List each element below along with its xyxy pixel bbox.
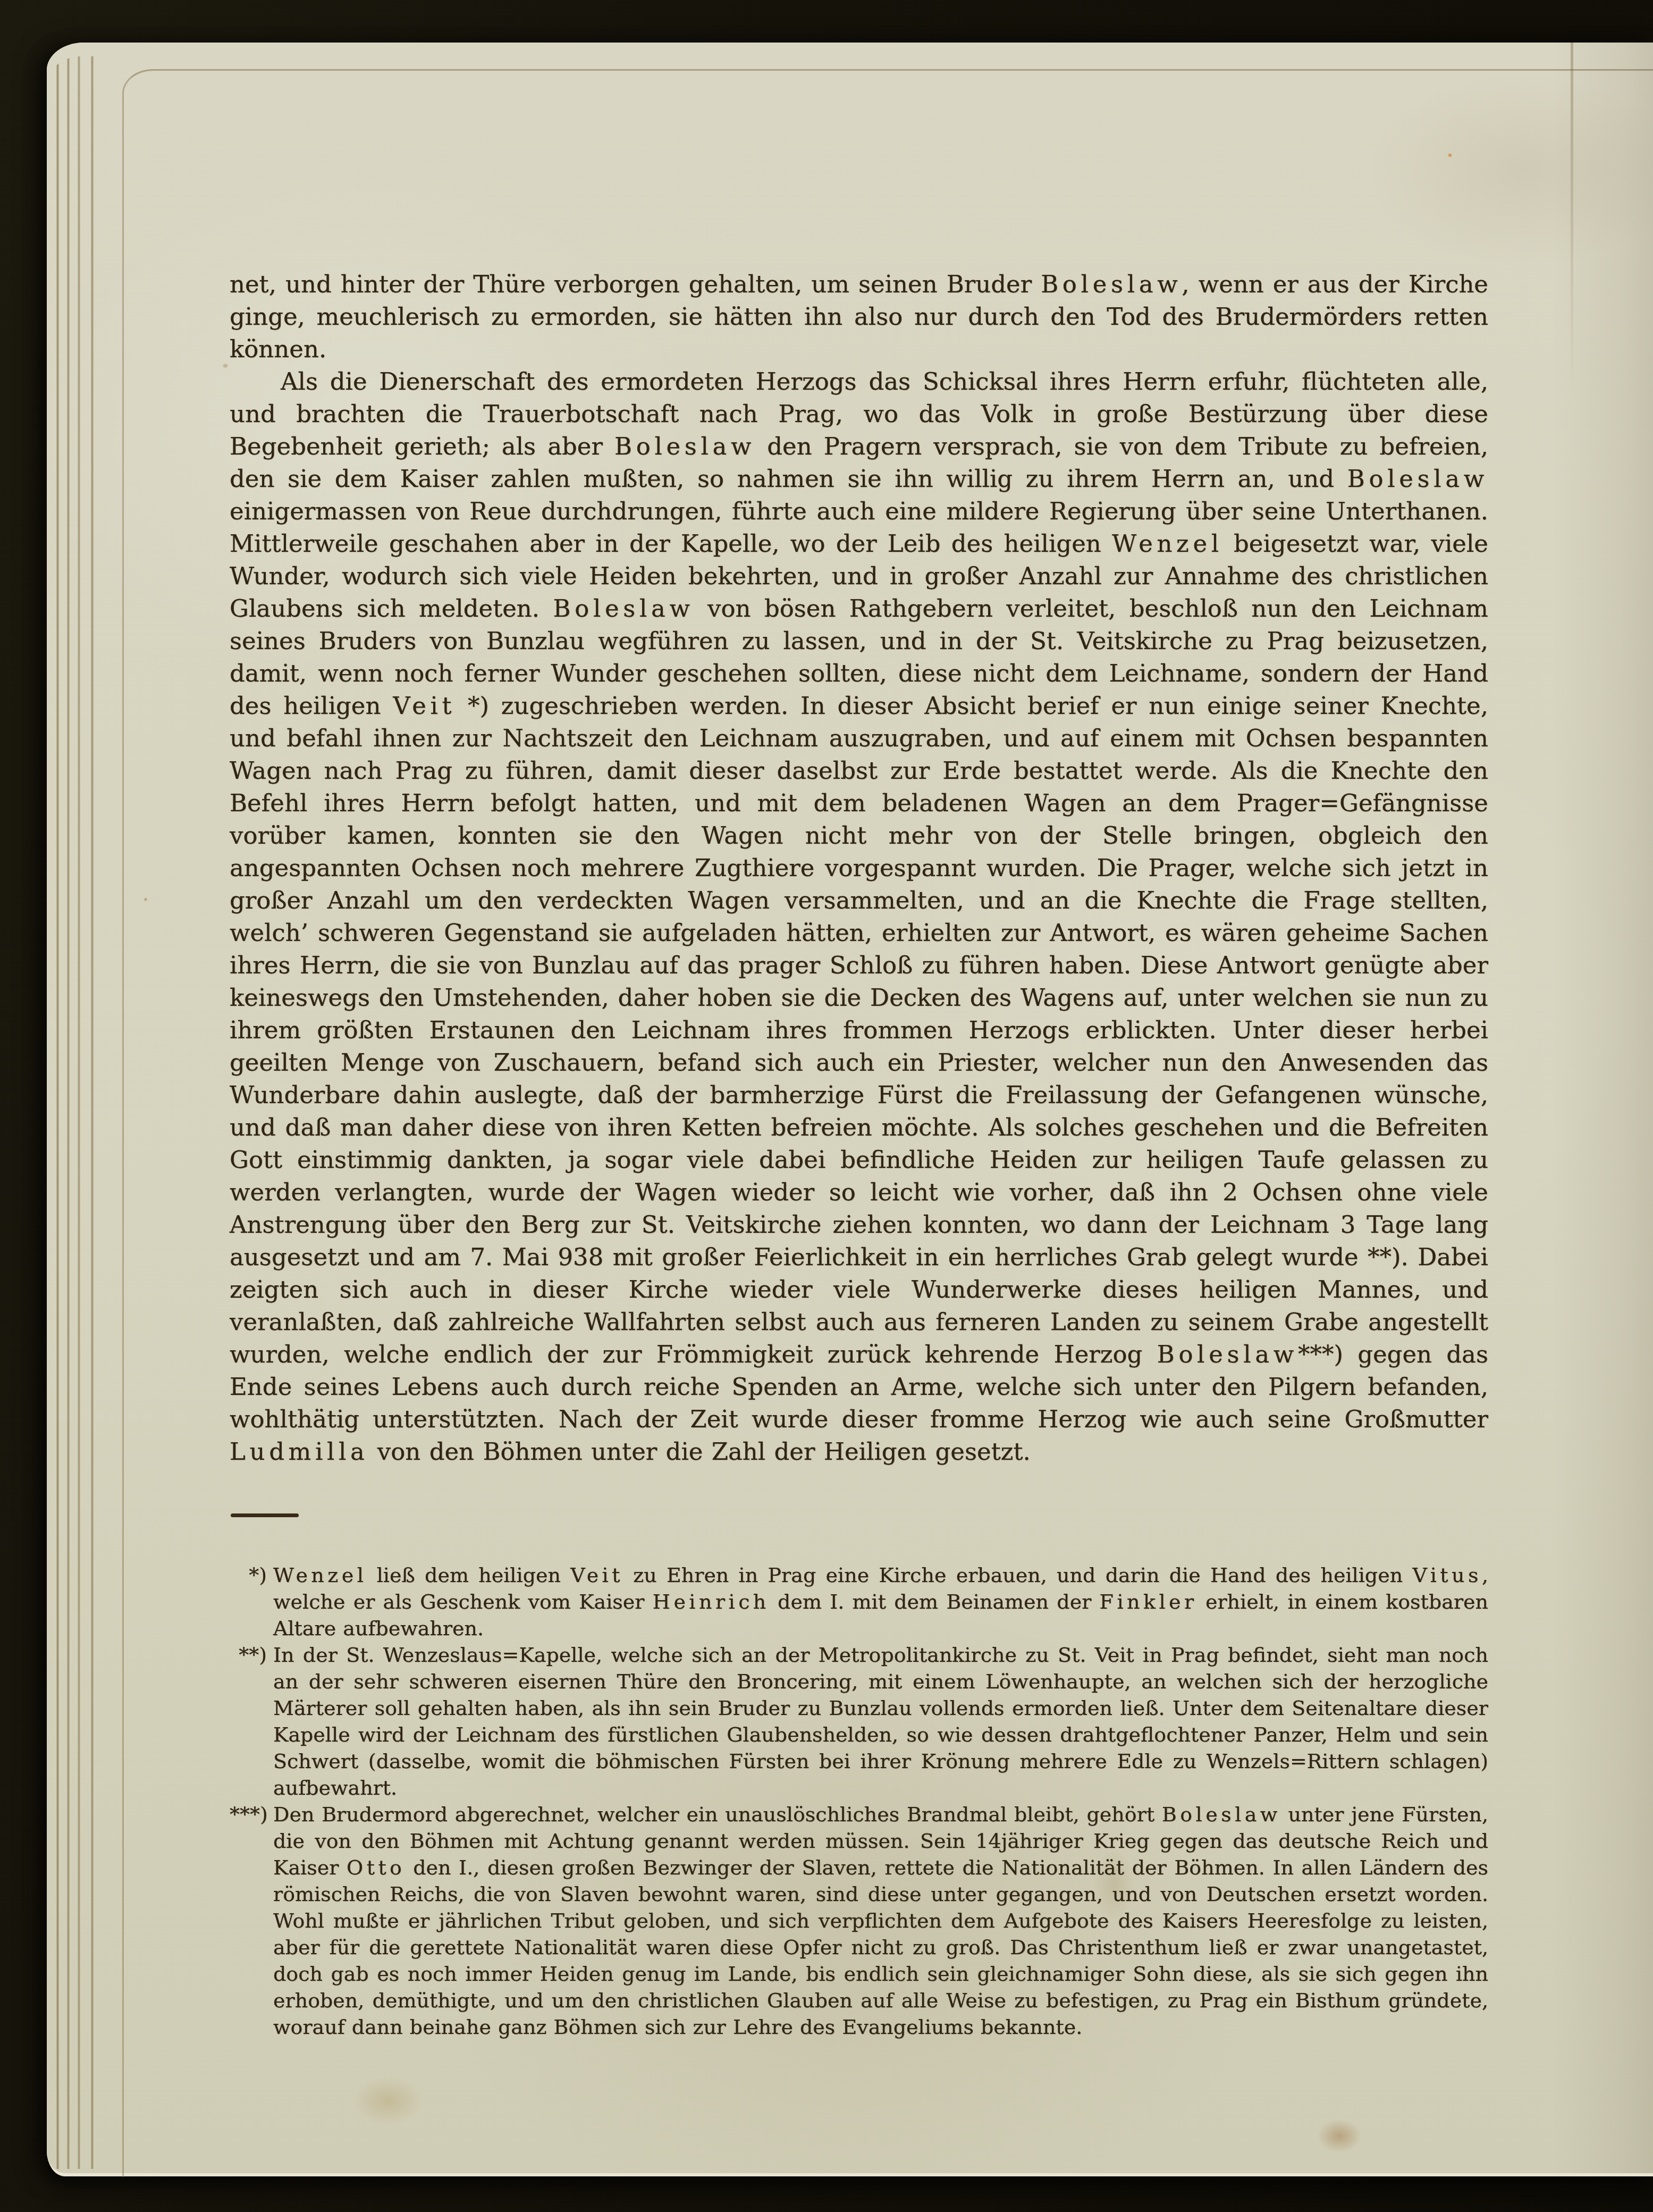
footnote-text: Den Brudermord abgerechnet, welcher ein … bbox=[273, 1803, 1488, 2039]
sheet-stack-edges bbox=[49, 56, 113, 2169]
footnote: **) In der St. Wenzeslaus=Kapelle, welch… bbox=[230, 1642, 1488, 1801]
paper-crease bbox=[1571, 43, 1573, 393]
footnote-text: Wenzel ließ dem heiligen Veit zu Ehren i… bbox=[273, 1563, 1488, 1640]
book-page: net, und hinter der Thüre verborgen geha… bbox=[47, 43, 1653, 2176]
footnote-text: In der St. Wenzeslaus=Kapelle, welche si… bbox=[273, 1643, 1488, 1799]
gutter-shading bbox=[1552, 43, 1653, 2173]
book-scan: net, und hinter der Thüre verborgen geha… bbox=[0, 0, 1653, 2212]
body-paragraph: Als die Dienerschaft des ermordeten Herz… bbox=[230, 365, 1488, 1468]
footnote: *) Wenzel ließ dem heiligen Veit zu Ehre… bbox=[230, 1562, 1488, 1642]
footnotes-block: *) Wenzel ließ dem heiligen Veit zu Ehre… bbox=[230, 1562, 1488, 2040]
footnote-marker: *) bbox=[230, 1562, 267, 1588]
printed-text-block: net, und hinter der Thüre verborgen geha… bbox=[230, 268, 1488, 2040]
footnote: ***) Den Brudermord abgerechnet, welcher… bbox=[230, 1801, 1488, 2040]
footnote-marker: ***) bbox=[230, 1801, 267, 1828]
footnote-marker: **) bbox=[230, 1642, 267, 1668]
footnote-separator-rule bbox=[231, 1513, 299, 1517]
body-paragraph: net, und hinter der Thüre verborgen geha… bbox=[230, 268, 1488, 365]
